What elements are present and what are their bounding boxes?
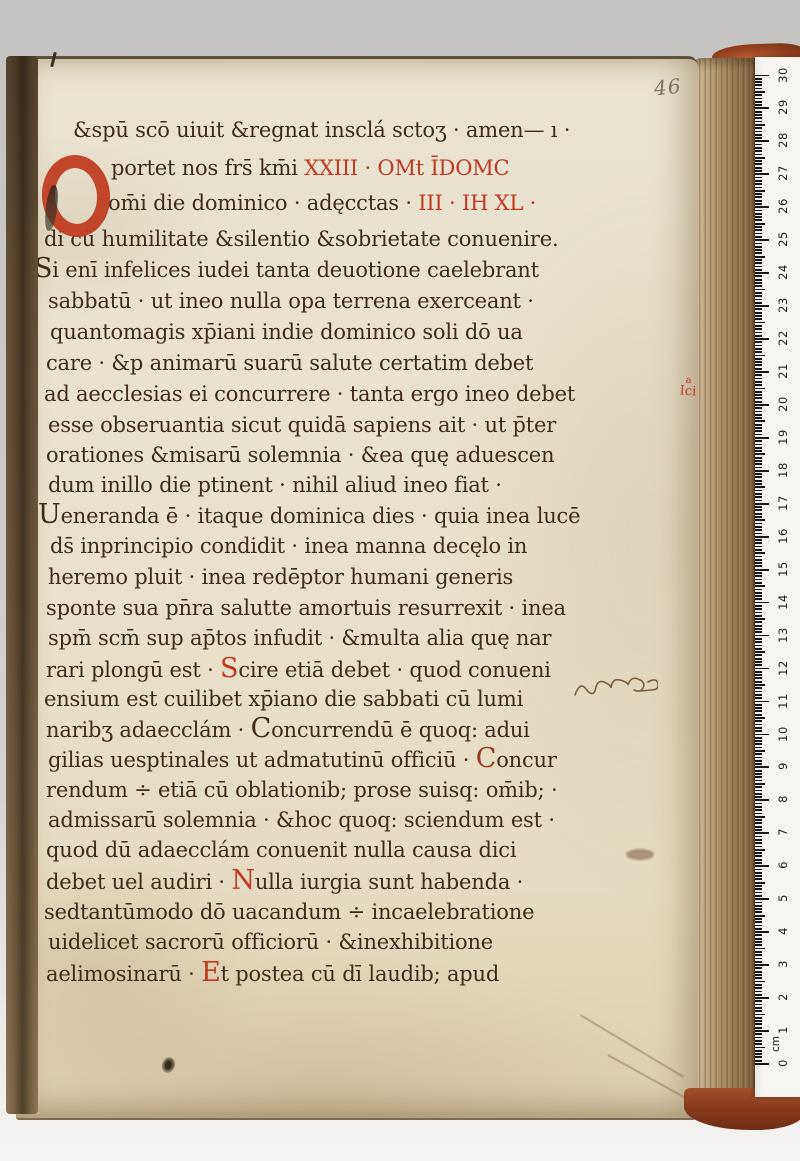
text-line: sedtantūmodo dō uacandum ÷ incaelebratio… — [44, 898, 534, 926]
ruler-number: 18 — [776, 459, 790, 481]
ruler-tick — [755, 533, 762, 535]
ruler-tick — [755, 476, 762, 478]
text-line: spm̄ scm̄ sup ap̄tos infudit · &multa al… — [48, 624, 551, 652]
ruler-tick — [755, 1053, 762, 1055]
ruler-tick — [755, 516, 762, 518]
ruler-tick — [755, 180, 762, 182]
ruler-tick — [755, 730, 762, 732]
ruler-tick — [755, 279, 762, 281]
ruler-tick — [755, 941, 762, 943]
ruler-tick — [755, 315, 762, 317]
ruler-tick — [755, 444, 762, 446]
ruler-tick — [755, 658, 762, 660]
ruler-number: 30 — [776, 64, 790, 86]
ruler-tick — [755, 140, 769, 142]
ruler-tick — [755, 664, 762, 666]
ruler-tick — [755, 859, 762, 861]
ruler-tick — [755, 325, 762, 327]
ruler-tick — [755, 134, 762, 136]
ruler-tick — [755, 338, 769, 340]
ruler-number: 15 — [776, 558, 790, 580]
ruler-tick — [755, 470, 769, 472]
ruler-tick — [755, 799, 769, 801]
text-segment: care · &p animarū suarū salute certatim … — [46, 351, 533, 375]
text-line: sponte sua pn̄ra salutte amortuis resurr… — [46, 594, 566, 622]
ruler-tick — [755, 878, 762, 880]
ruler-tick — [755, 210, 762, 212]
text-line: Si enī infelices iudei tanta deuotione c… — [34, 255, 539, 284]
ruler-tick — [755, 974, 762, 976]
ruler-tick — [755, 94, 762, 96]
ruler-tick — [755, 1040, 762, 1042]
ruler-number: 21 — [776, 360, 790, 382]
ruler-tick — [755, 91, 765, 93]
ruler-tick — [755, 506, 762, 508]
ruler-tick — [755, 839, 762, 841]
ruler-tick — [755, 565, 762, 567]
ruler-tick — [755, 219, 762, 221]
ruler-tick — [755, 964, 769, 966]
ruler-tick — [755, 740, 762, 742]
ruler-tick — [755, 397, 762, 399]
ruler-tick — [755, 618, 765, 620]
ruler-number: 2 — [776, 986, 790, 1008]
ruler-tick — [755, 104, 762, 106]
text-line: sabbatū · ut ineo nulla opa terrena exer… — [48, 287, 534, 315]
ruler-tick — [755, 295, 762, 297]
ruler-tick — [755, 190, 765, 192]
ruler-tick — [755, 1023, 762, 1025]
ruler-tick — [755, 829, 762, 831]
ruler-tick — [755, 684, 765, 686]
ruler-tick — [755, 885, 762, 887]
ruler-number: 22 — [776, 327, 790, 349]
ruler-tick — [755, 88, 762, 90]
ruler-tick — [755, 961, 762, 963]
text-line: quod dū adaecclám conuenit nulla causa d… — [46, 836, 516, 864]
text-segment: U — [38, 499, 61, 530]
ruler-number: 12 — [776, 657, 790, 679]
ruler-tick — [755, 595, 762, 597]
ruler: cm 0123456789101112131415161718192021222… — [755, 57, 800, 1097]
ruler-tick — [755, 187, 762, 189]
ruler-tick — [755, 677, 762, 679]
folio-number: 46 — [653, 74, 683, 101]
ruler-tick — [755, 1047, 765, 1049]
ruler-tick — [755, 691, 762, 693]
text-line: om̄i die dominico · adęcctas · III · IH … — [108, 189, 536, 217]
ruler-tick — [755, 747, 762, 749]
ruler-tick — [755, 318, 762, 320]
ruler-tick — [755, 928, 762, 930]
text-segment: &spū scō uiuit &regnat insclá sctoʒ · am… — [73, 118, 570, 142]
text-segment: cire etiā debet · quod conueni — [238, 658, 550, 682]
ruler-tick — [755, 509, 762, 511]
text-line: uidelicet sacrorū officiorū · &inexhibit… — [48, 928, 493, 956]
ruler-number: 6 — [776, 854, 790, 876]
text-segment: quod dū adaecclám conuenit nulla causa d… — [46, 838, 516, 862]
ruler-tick — [755, 602, 769, 604]
text-segment: III · IH XL · — [418, 191, 536, 215]
ruler-tick — [755, 911, 762, 913]
ruler-tick — [755, 757, 762, 759]
text-segment: naribʒ adaecclám · — [46, 718, 251, 742]
ruler-number: 9 — [776, 755, 790, 777]
ruler-tick — [755, 585, 765, 587]
ruler-tick — [755, 183, 762, 185]
ruler-tick — [755, 938, 762, 940]
text-line: esse obseruantia sicut quidā sapiens ait… — [48, 411, 556, 439]
ruler-tick — [755, 447, 762, 449]
ruler-tick — [755, 411, 762, 413]
ruler-tick — [755, 473, 762, 475]
ruler-tick — [755, 1050, 762, 1052]
ruler-tick — [755, 641, 762, 643]
ruler-tick — [755, 846, 762, 848]
ruler-tick — [755, 931, 769, 933]
ruler-tick — [755, 888, 762, 890]
ruler-tick — [755, 486, 765, 488]
ruler-tick — [755, 417, 762, 419]
text-segment: t postea cū dī laudib; apud — [221, 962, 499, 986]
ruler-tick — [755, 783, 765, 785]
ruler-tick — [755, 865, 769, 867]
ruler-tick — [755, 707, 762, 709]
ruler-tick — [755, 200, 762, 202]
text-segment: portet nos frs̄ km̄i — [111, 156, 304, 180]
ruler-tick — [755, 285, 762, 287]
ruler-number: 25 — [776, 228, 790, 250]
ruler-tick — [755, 523, 762, 525]
ruler-tick — [755, 229, 762, 231]
text-segment: rari plongū est · — [46, 658, 220, 682]
ruler-tick — [755, 361, 762, 363]
text-segment: i enī infelices iudei tanta deuotione ca… — [52, 258, 539, 282]
ruler-tick — [755, 107, 769, 109]
ruler-tick — [755, 1010, 762, 1012]
ruler-tick — [755, 1063, 769, 1065]
ruler-number: 19 — [776, 426, 790, 448]
text-line: rendum ÷ etiā cū oblationib; prose suisq… — [46, 776, 557, 804]
ruler-tick — [755, 809, 762, 811]
ruler-tick — [755, 526, 762, 528]
ruler-tick — [755, 552, 765, 554]
ruler-tick — [755, 832, 769, 834]
ruler-tick — [755, 763, 762, 765]
text-line: care · &p animarū suarū salute certatim … — [46, 349, 533, 377]
ruler-tick — [755, 697, 762, 699]
text-line: rari plongū est · Scire etiā debet · quo… — [46, 655, 551, 684]
ruler-tick — [755, 895, 762, 897]
ruler-tick — [755, 997, 769, 999]
text-segment: sedtantūmodo dō uacandum ÷ incaelebratio… — [44, 900, 534, 924]
ruler-tick — [755, 414, 762, 416]
ruler-tick — [755, 305, 769, 307]
ruler-tick — [755, 239, 769, 241]
ruler-tick — [755, 378, 762, 380]
ruler-tick — [755, 203, 762, 205]
ruler-tick — [755, 621, 762, 623]
ruler-tick — [755, 743, 762, 745]
ruler-tick — [755, 1033, 762, 1035]
ruler-tick — [755, 822, 762, 824]
ruler-tick — [755, 243, 762, 245]
ruler-tick — [755, 674, 762, 676]
ruler-tick — [755, 991, 762, 993]
ruler-tick — [755, 434, 762, 436]
ruler-tick — [755, 150, 762, 152]
ruler-tick — [755, 1043, 762, 1045]
ruler-tick — [755, 312, 762, 314]
margin-mark-red-bottom: Ici — [679, 383, 697, 399]
ruler-number: 27 — [776, 162, 790, 184]
ruler-tick — [755, 371, 769, 373]
text-segment: dum inillo die ptinent · nihil aliud ine… — [48, 473, 502, 497]
ruler-tick — [755, 114, 762, 116]
ruler-tick — [755, 1007, 762, 1009]
ruler-tick — [755, 519, 765, 521]
ruler-tick — [755, 737, 762, 739]
text-segment: ulla iurgia sunt habenda · — [255, 870, 523, 894]
ruler-tick — [755, 457, 762, 459]
text-line: ensium est cuilibet xp̄iano die sabbati … — [44, 685, 523, 713]
ruler-tick — [755, 163, 762, 165]
ruler-tick — [755, 793, 762, 795]
text-segment: oncurrendū ē quoq: adui — [271, 718, 530, 742]
ruler-tick — [755, 651, 765, 653]
ruler-tick — [755, 971, 762, 973]
text-line: ds̄ inprincipio condidit · inea manna de… — [50, 532, 527, 560]
ruler-tick — [755, 249, 762, 251]
ruler-number: 0 — [776, 1052, 790, 1074]
ruler-tick — [755, 117, 762, 119]
ruler-tick — [755, 902, 762, 904]
ruler-tick — [755, 322, 765, 324]
text-segment: admissarū solemnia · &hoc quoq: sciendum… — [48, 808, 555, 832]
ruler-tick — [755, 355, 765, 357]
ruler-tick — [755, 967, 762, 969]
ruler-tick — [755, 542, 762, 544]
ruler-tick — [755, 925, 762, 927]
ruler-tick — [755, 368, 762, 370]
text-segment: uidelicet sacrorū officiorū · &inexhibit… — [48, 930, 493, 954]
ruler-tick — [755, 720, 762, 722]
ruler-tick — [755, 299, 762, 301]
text-segment: eneranda ē · itaque dominica dies · quia… — [61, 504, 581, 528]
ruler-tick — [755, 849, 765, 851]
ruler-tick — [755, 437, 769, 439]
ruler-tick — [755, 177, 762, 179]
ruler-tick — [755, 127, 762, 129]
text-segment: spm̄ scm̄ sup ap̄tos infudit · &multa al… — [48, 626, 551, 650]
ruler-tick — [755, 898, 769, 900]
ruler-tick — [755, 440, 762, 442]
ruler-tick — [755, 460, 762, 462]
ruler-tick — [755, 681, 762, 683]
ruler-tick — [755, 216, 762, 218]
text-segment: quantomagis xp̄iani indie dominico soli … — [50, 320, 523, 344]
ruler-tick — [755, 855, 762, 857]
text-line: di cū humilitate &silentio &sobrietate c… — [44, 225, 558, 253]
ruler-tick — [755, 84, 762, 86]
ruler-tick — [755, 272, 769, 274]
ruler-tick — [755, 734, 769, 736]
ruler-tick — [755, 490, 762, 492]
ruler-tick — [755, 724, 762, 726]
ruler-tick — [755, 246, 762, 248]
text-segment: oncur — [496, 748, 557, 772]
ruler-tick — [755, 826, 762, 828]
ruler-tick — [755, 282, 762, 284]
ruler-tick — [755, 427, 762, 429]
ruler-number: 4 — [776, 920, 790, 942]
ruler-tick — [755, 503, 769, 505]
ruler-tick — [755, 213, 762, 215]
ruler-tick — [755, 262, 762, 264]
ruler-tick — [755, 98, 762, 100]
ruler-number: 8 — [776, 788, 790, 810]
ruler-number: 17 — [776, 492, 790, 514]
ruler-tick — [755, 562, 762, 564]
ruler-tick — [755, 589, 762, 591]
ruler-tick — [755, 882, 765, 884]
ruler-tick — [755, 981, 765, 983]
ruler-tick — [755, 289, 765, 291]
text-line: orationes &misarū solemnia · &ea quę adu… — [46, 441, 554, 469]
ruler-tick — [755, 493, 762, 495]
ruler-number: 23 — [776, 294, 790, 316]
ruler-tick — [755, 608, 762, 610]
ruler-tick — [755, 668, 769, 670]
margin-mark-red: a Ici — [679, 374, 697, 397]
ruler-tick — [755, 648, 762, 650]
ruler-tick — [755, 157, 765, 159]
ruler-tick — [755, 335, 762, 337]
ruler-tick — [755, 348, 762, 350]
ruler-tick — [755, 1004, 762, 1006]
ruler-tick — [755, 341, 762, 343]
ruler-tick — [755, 1017, 762, 1019]
ruler-tick — [755, 332, 762, 334]
ruler-tick — [755, 539, 762, 541]
ruler-tick — [755, 852, 762, 854]
ruler-tick — [755, 424, 762, 426]
ruler-tick — [755, 875, 762, 877]
ruler-tick — [755, 773, 762, 775]
ruler-tick — [755, 687, 762, 689]
ruler-tick — [755, 987, 762, 989]
ruler-tick — [755, 575, 762, 577]
ruler-tick — [755, 302, 762, 304]
ruler-tick — [755, 717, 765, 719]
ruler-tick — [755, 381, 762, 383]
ruler-tick — [755, 328, 762, 330]
ruler-number: 14 — [776, 591, 790, 613]
ruler-tick — [755, 994, 762, 996]
ruler-tick — [755, 671, 762, 673]
ruler-tick — [755, 147, 762, 149]
ruler-tick — [755, 78, 762, 80]
text-line: gilias uesptinales ut admatutinū officiū… — [48, 745, 557, 774]
ruler-tick — [755, 635, 769, 637]
ruler-tick — [755, 944, 762, 946]
ruler-tick — [755, 223, 765, 225]
ruler-tick — [755, 513, 762, 515]
ruler-tick — [755, 819, 762, 821]
ruler-tick — [755, 918, 762, 920]
ruler-tick — [755, 384, 762, 386]
text-segment: heremo pluit · inea redēptor humani gene… — [48, 565, 513, 589]
ruler-number: 28 — [776, 129, 790, 151]
manuscript-photo: 46 I III a Ici &spū scō uiuit &regnat in… — [0, 0, 800, 1161]
ruler-tick — [755, 813, 762, 815]
text-line: ad aecclesias ei concurrere · tanta ergo… — [44, 380, 575, 408]
text-line: portet nos frs̄ km̄i XXIII · OMt ĪDOMC — [111, 154, 509, 182]
ruler-tick — [755, 121, 762, 123]
ruler-tick — [755, 1056, 762, 1058]
ruler-number: 3 — [776, 953, 790, 975]
ruler-tick — [755, 549, 762, 551]
text-segment: S — [220, 653, 238, 684]
text-segment: sabbatū · ut ineo nulla opa terrena exer… — [48, 289, 534, 313]
ruler-tick — [755, 836, 762, 838]
text-line: naribʒ adaecclám · Concurrendū ē quoq: a… — [46, 715, 530, 744]
ruler-tick — [755, 770, 762, 772]
text-segment: XXIII · OMt ĪDOMC — [304, 156, 509, 180]
ruler-tick — [755, 934, 762, 936]
text-line: Ueneranda ē · itaque dominica dies · qui… — [38, 501, 580, 530]
ruler-tick — [755, 463, 762, 465]
ruler-tick — [755, 124, 765, 126]
ruler-tick — [755, 483, 762, 485]
ruler-tick — [755, 869, 762, 871]
ruler-tick — [755, 958, 762, 960]
ruler-tick — [755, 654, 762, 656]
ruler-tick — [755, 233, 762, 235]
ruler-tick — [755, 556, 762, 558]
ruler-tick — [755, 598, 762, 600]
text-segment: di cū humilitate &silentio &sobrietate c… — [44, 227, 558, 251]
ruler-tick — [755, 75, 769, 77]
ruler-tick — [755, 407, 762, 409]
stain-blot — [626, 849, 654, 860]
ink-spot — [160, 1055, 178, 1074]
ruler-tick — [755, 592, 762, 594]
ruler-tick — [755, 256, 765, 258]
ruler-number: 29 — [776, 96, 790, 118]
ruler-tick — [755, 480, 762, 482]
ruler-tick — [755, 921, 762, 923]
ruler-number: 26 — [776, 195, 790, 217]
ruler-tick — [755, 450, 762, 452]
ruler-tick — [755, 170, 762, 172]
ruler-tick — [755, 1027, 762, 1029]
ruler-number: 1 — [776, 1019, 790, 1041]
ruler-tick — [755, 753, 762, 755]
ruler-tick — [755, 892, 762, 894]
ruler-tick — [755, 727, 762, 729]
text-segment: debet uel audiri · — [46, 870, 231, 894]
ruler-tick — [755, 193, 762, 195]
ruler-tick — [755, 101, 762, 103]
ruler-tick — [755, 628, 762, 630]
text-line: heremo pluit · inea redēptor humani gene… — [48, 563, 513, 591]
text-segment: ensium est cuilibet xp̄iano die sabbati … — [44, 687, 523, 711]
ruler-tick — [755, 154, 762, 156]
ruler-tick — [755, 430, 762, 432]
ruler-tick — [755, 760, 762, 762]
ruler-tick — [755, 605, 762, 607]
